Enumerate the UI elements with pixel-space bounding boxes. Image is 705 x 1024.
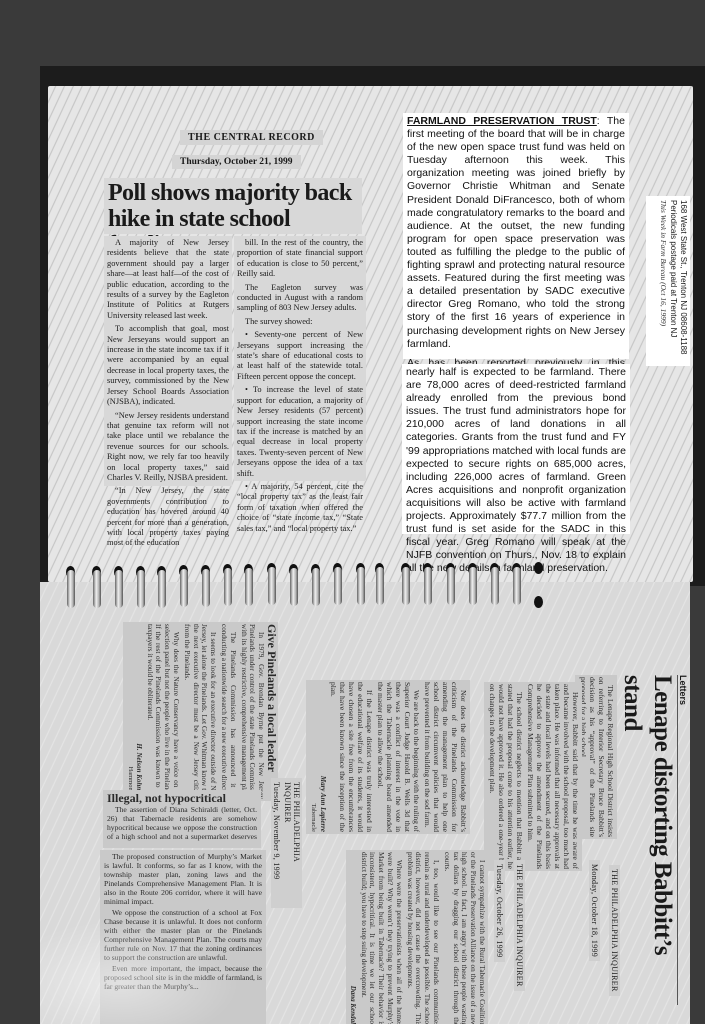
letter-body: Give Pinelands a local leader In 1979, G… [123, 622, 278, 801]
paragraph: We are back to the beginning with the ru… [376, 682, 421, 832]
paragraph: The Lenape Regional High School District… [579, 677, 615, 837]
paragraph: • To increase the level of state support… [237, 385, 363, 479]
letter-body: I cannot sympathize with the Rural Taber… [346, 850, 488, 1024]
scan-blur-artifact [40, 920, 240, 1024]
lenape-letter-end: Nor does the district acknowledge Babbit… [300, 680, 470, 830]
paragraph: The school district neglects to mention … [488, 684, 524, 869]
paragraph: Nor does the district acknowledge Babbit… [423, 682, 468, 832]
source-tag: THE PHILADELPHIA INQUIRER [282, 778, 302, 908]
letter-body: However, Babbitt said that by the time h… [484, 682, 582, 871]
newspaper-masthead: THE CENTRAL RECORD [180, 130, 323, 145]
paragraph: The Pinelands Commission has announced i… [219, 624, 237, 799]
paragraph: If the Lenape district was truly interes… [329, 682, 374, 832]
newsletter-title: FARMLAND PRESERVATION TRUST [407, 115, 597, 127]
paragraph: nearly half is expected to be farmland. … [406, 366, 626, 576]
paragraph: • A majority, 54 percent, cite the “loca… [237, 482, 363, 534]
paragraph: A majority of New Jersey residents belie… [107, 238, 229, 321]
paragraph: “New Jersey residents understand that ge… [107, 411, 229, 484]
article-dateline: Thursday, October 21, 1999 [172, 155, 301, 169]
letter-headline: Lenape distorting Babbitt’s stand [617, 675, 677, 1015]
lenape-letter-clipping: Letters Lenape distorting Babbitt’s stan… [578, 675, 688, 1015]
paragraph: : The first meeting of the board that wi… [407, 115, 625, 350]
article-headline: Poll shows majority back hike in state s… [104, 178, 362, 234]
paragraph: However, Babbitt said that by the time h… [526, 684, 580, 869]
paragraph: I, too, would like to see our Pinelands … [405, 852, 440, 1024]
paragraph: The survey showed: [237, 317, 363, 327]
article-column-2: bill. In the rest of the country, the pr… [234, 236, 366, 481]
letter-signature: Dana Kendall [348, 852, 357, 1024]
paragraph: bill. In the rest of the country, the pr… [237, 238, 363, 280]
date-tag: Tuesday, October 26, 1999 [494, 860, 505, 962]
letter-body: Nor does the district acknowledge Babbit… [306, 680, 470, 834]
source-tag: THE PHILADELPHIA INQUIRER [609, 865, 620, 996]
mailing-label: 168 West State St., Trenton NJ 08608-118… [646, 196, 690, 366]
paragraph: Where were the preservationists when all… [359, 852, 403, 1024]
letter-signature: Mary Ann Lapierre [318, 682, 327, 832]
mailing-address: 168 West State St., Trenton NJ 08608-118… [678, 200, 688, 362]
article-column-1: A majority of New Jersey residents belie… [104, 236, 232, 486]
postage-note: Periodicals postage paid at Trenton NJ [668, 200, 678, 362]
letter-signature: H. Nelson Kohn 3d [134, 624, 143, 799]
paragraph: To accomplish that goal, most New Jersey… [107, 324, 229, 407]
paragraph: • Seventy-one percent of New Jerseyans s… [237, 330, 363, 382]
letter-town: Hammonton [125, 624, 134, 799]
paragraph: Why does the Nature Conservancy have a v… [145, 624, 180, 799]
pinelands-leader-clipping: Give Pinelands a local leader In 1979, G… [118, 622, 278, 797]
letter-headline: Illegal, not hypocritical [107, 792, 257, 805]
date-tag: Tuesday, November 9, 1999 [271, 778, 282, 908]
section-label: Letters [677, 675, 688, 1005]
pinelands-source: THE PHILADELPHIA INQUIRER [286, 778, 302, 908]
paragraph: It seems to look for an executive direct… [182, 624, 217, 799]
paragraph: In 1979, Gov. Brendan Byrne put the New … [239, 624, 265, 799]
lenape-letter-continued: However, Babbitt said that by the time h… [492, 682, 582, 867]
paragraph: “In New Jersey, the state governments co… [107, 486, 229, 548]
letter-headline: Give Pinelands a local leader [267, 624, 276, 799]
farmland-newsletter-continuation: nearly half is expected to be farmland. … [402, 364, 630, 534]
paragraph: The proposed construction of Murphy’s Ma… [104, 852, 262, 906]
source-tag: THE PHILADELPHIA INQUIRER [514, 860, 525, 991]
letter-town: Tabernacle [309, 682, 318, 832]
date-tag: Monday, October 18, 1999 [589, 860, 600, 961]
paragraph: The Eagleton survey was conducted in Aug… [237, 283, 363, 314]
hypocrisy-letter-body: I cannot sympathize with the Rural Taber… [368, 850, 488, 1024]
illegal-letter-clipping: Illegal, not hypocritical The assertion … [103, 790, 261, 848]
pinelands-date: Tuesday, November 9, 1999 [266, 778, 282, 908]
paragraph: I cannot sympathize with the Rural Taber… [442, 852, 486, 1024]
paragraph: The assertion of Diana Schiraldi (letter… [107, 805, 257, 841]
handwritten-note: This Week in Farm Bureau (Oct 16, 1999) [658, 200, 668, 362]
farmland-newsletter-clipping: FARMLAND PRESERVATION TRUST: The first m… [403, 113, 629, 359]
